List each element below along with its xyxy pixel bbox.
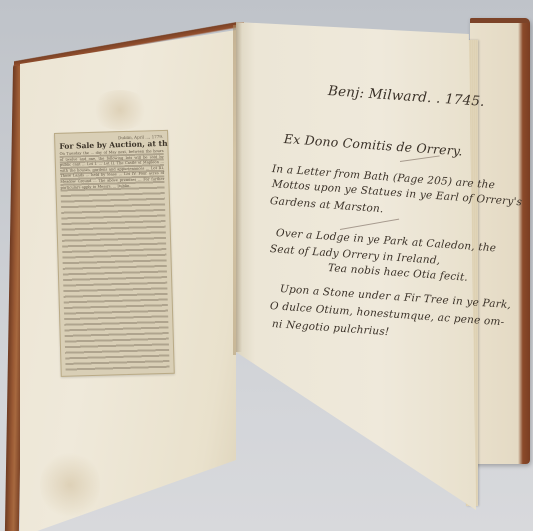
water-stain — [40, 450, 100, 520]
book-photo-scene: Dublin, April ..., 1779. For Sale by Auc… — [0, 0, 533, 531]
gutter — [233, 25, 236, 355]
foxing-stain — [90, 90, 150, 130]
newspaper-clipping: Dublin, April ..., 1779. For Sale by Auc… — [54, 130, 175, 377]
clipping-body: On Tuesday the ... day of May next, betw… — [60, 149, 165, 191]
gutter-shadow — [236, 22, 242, 352]
